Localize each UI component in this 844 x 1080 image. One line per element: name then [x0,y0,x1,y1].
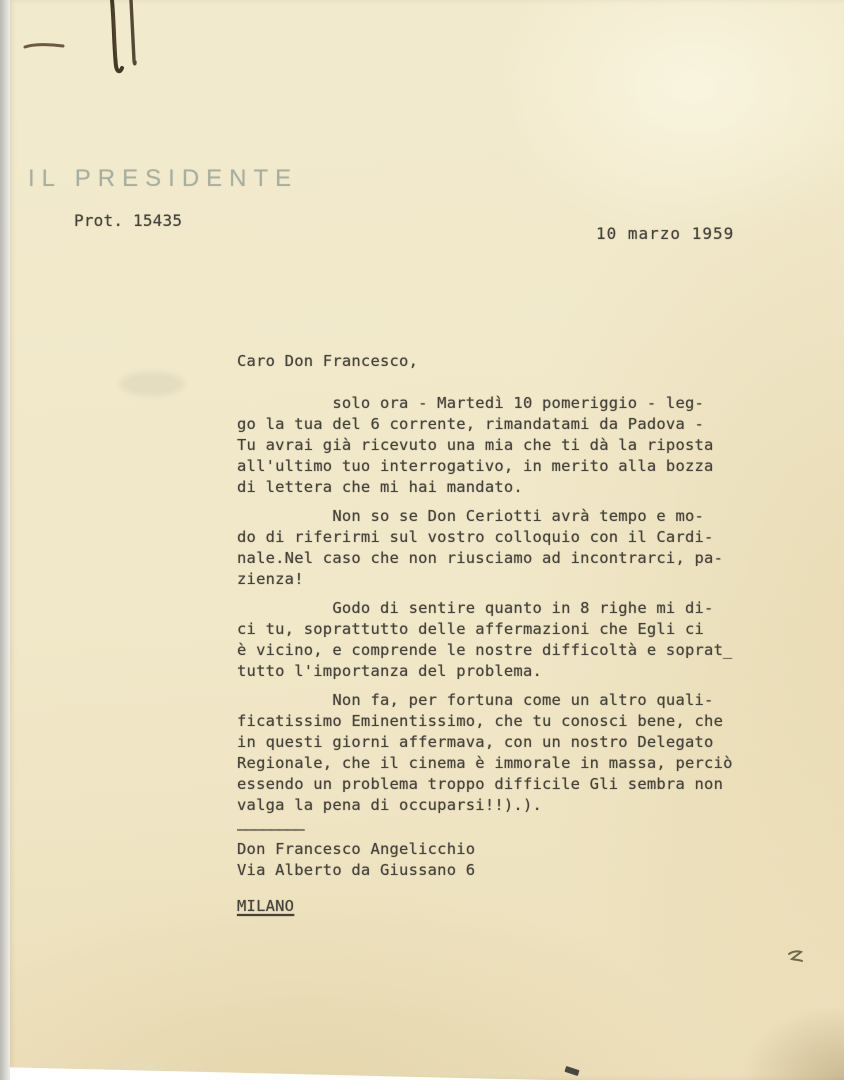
body-line: Non fa, per fortuna come un altro quali- [237,690,733,711]
letter-date: 10 marzo 1959 [596,223,734,244]
corner-shadow [664,960,844,1080]
body-line: zienza! [237,569,733,590]
body-line: do di riferirmi sul vostro colloquio con… [237,527,733,548]
letter-body: Caro Don Francesco, solo ora - Martedì 1… [237,351,733,816]
recipient-name: Don Francesco Angelicchio [237,839,475,860]
paragraph-4: Non fa, per fortuna come un altro quali-… [237,690,733,816]
faint-smudge [120,372,184,396]
body-line: go la tua del 6 corrente, rimandatami da… [237,414,733,435]
scanned-letter: IL PRESIDENTE Prot. 15435 10 marzo 1959 … [0,0,844,1080]
recipient-city: MILANO [237,896,475,917]
staple-icon [101,0,149,80]
body-line: solo ora - Martedì 10 pomeriggio - leg- [237,393,733,414]
recipient-block: ———————— Don Francesco Angelicchio Via A… [237,823,475,917]
letter-paper: IL PRESIDENTE Prot. 15435 10 marzo 1959 … [8,0,844,1080]
paragraph-1: solo ora - Martedì 10 pomeriggio - leg- … [237,393,733,498]
body-line: ci tu, soprattutto delle affermazioni ch… [237,619,733,640]
paragraph-3: Godo di sentire quanto in 8 righe mi di-… [237,598,733,682]
body-line: Godo di sentire quanto in 8 righe mi di- [237,598,733,619]
recipient-street: Via Alberto da Giussano 6 [237,860,475,881]
body-line: nale.Nel caso che non riusciamo ad incon… [237,548,733,569]
body-line: tutto l'importanza del problema. [237,661,733,682]
protocol-number: Prot. 15435 [74,210,182,231]
body-line: all'ultimo tuo interrogativo, in merito … [237,456,733,477]
ink-dash-mark [23,38,67,54]
body-line: Non so se Don Ceriotti avrà tempo e mo- [237,506,733,527]
body-line: ficatissimo Eminentissimo, che tu conosc… [237,711,733,732]
scan-left-edge [0,0,10,1080]
letterhead: IL PRESIDENTE [28,165,298,193]
body-line: essendo un problema troppo difficile Gli… [237,774,733,795]
body-line: Regionale, che il cinema è immorale in m… [237,753,733,774]
body-line: di lettera che mi hai mandato. [237,477,733,498]
body-line: Tu avrai già ricevuto una mia che ti dà … [237,435,733,456]
typed-rule: ———————— [237,823,475,839]
paragraph-2: Non so se Don Ceriotti avrà tempo e mo- … [237,506,733,590]
body-line: in questi giorni affermava, con un nostr… [237,732,733,753]
body-line: valga la pena di occuparsi!!).). [237,795,733,816]
body-line: è vicino, e comprende le nostre difficol… [237,640,733,661]
salutation: Caro Don Francesco, [237,351,733,372]
